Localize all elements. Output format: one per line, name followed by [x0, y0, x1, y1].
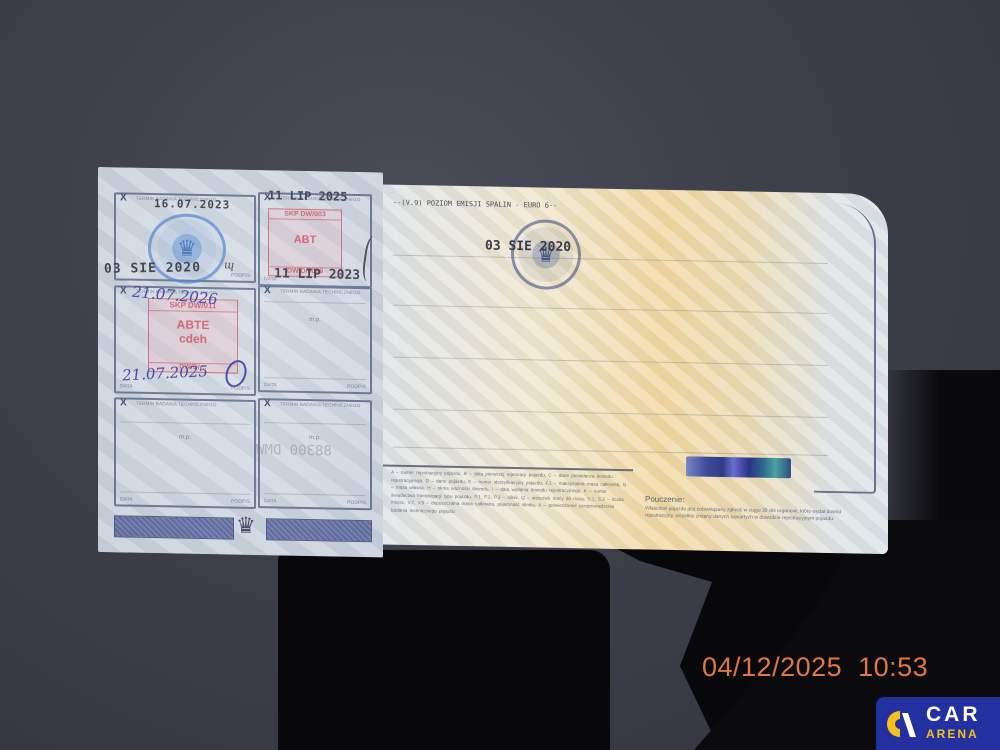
station-stamp: SKP DW/011 ABTE cdeh DW/D/… — [148, 298, 238, 374]
station-stamp: SKP DW/003 ABT DW/D/0089 — [268, 208, 342, 277]
eagle-seal-icon: ♛ — [148, 213, 226, 284]
stamp-date: 03 SIE 2020 — [485, 238, 571, 255]
podpis-label: PODPIS — [347, 384, 366, 390]
inspection-box-2: X TERMIN BADANIA TECHNICZNEGO SKP DW/003… — [258, 192, 372, 288]
divider — [264, 301, 366, 304]
mp-label: m.p. — [260, 316, 370, 324]
stamp-date-bottom: 11 LIP 2023 — [274, 266, 360, 283]
ruled-line — [393, 447, 828, 456]
photo-timestamp: 04/12/2025 10:53 — [702, 652, 928, 683]
inspection-box-1: X TERMIN BADANIA TECHNICZNEGO ♛ 16.07.20… — [114, 192, 256, 283]
polish-eagle-emblem-icon: ♛ — [236, 513, 256, 539]
data-label: DATA — [120, 383, 133, 389]
emission-level: --(V.9) POZIOM EMISJI SPALIN - EURO 6-- — [393, 199, 557, 210]
shadow — [440, 550, 610, 750]
registration-document: X TERMIN BADANIA TECHNICZNEGO ♛ 16.07.20… — [98, 167, 890, 567]
podpis-label: PODPIS — [231, 499, 250, 505]
box-header: TERMIN BADANIA TECHNICZNEGO — [136, 289, 217, 296]
box-header: TERMIN BADANIA TECHNICZNEGO — [136, 196, 217, 203]
hologram-sticker — [686, 456, 791, 478]
divider — [120, 421, 250, 424]
x-mark: X — [264, 192, 271, 203]
signature — [222, 357, 250, 390]
inspection-box-3: X TERMIN BADANIA TECHNICZNEGO SKP DW/011… — [114, 285, 256, 396]
mp-label: m.p. — [116, 433, 254, 442]
station-stamp-bottom: DW/D/0089 — [269, 266, 341, 275]
station-stamp-middle: ABT — [269, 233, 341, 246]
box-header: TERMIN BADANIA TECHNICZNEGO — [280, 401, 361, 408]
divider — [264, 377, 366, 380]
pouczenie-title: Pouczenie: — [645, 495, 685, 505]
logo-text-car: CAR — [926, 703, 981, 727]
right-page: … --(V.9) POZIOM EMISJI SPALIN - EURO 6-… — [383, 184, 888, 554]
podpis-label: PODPIS — [231, 273, 250, 279]
data-label: DATA — [264, 276, 277, 282]
data-label: DATA — [264, 382, 277, 388]
bleed-through-text: 88300 DMW — [256, 442, 332, 459]
logo-mark-icon — [886, 707, 918, 741]
ruled-line — [393, 409, 828, 418]
station-stamp-top: SKP DW/011 — [149, 299, 237, 313]
x-mark: X — [120, 285, 127, 296]
ruled-line — [393, 357, 828, 366]
x-mark: X — [264, 285, 271, 296]
logo-text-arena: ARENA — [926, 727, 979, 741]
handwritten-date-bottom: 21.07.2025 — [121, 362, 208, 384]
podpis-label: PODPIS — [347, 500, 366, 506]
car-arena-logo: CAR ARENA — [876, 697, 1000, 750]
box-header: TERMIN BADANIA TECHNICZNEGO — [280, 288, 361, 295]
field-legend: A – numer rejestracyjny pojazdu, B – dat… — [391, 469, 631, 519]
box-header: TERMIN BADANIA TECHNICZNEGO — [136, 401, 217, 408]
x-mark: X — [120, 397, 127, 408]
divider — [120, 491, 250, 494]
data-label: DATA — [120, 496, 133, 502]
inspection-box-4: X TERMIN BADANIA TECHNICZNEGO m.p. DATA … — [258, 285, 372, 394]
station-stamp-middle-2: cdeh — [149, 331, 237, 347]
divider — [264, 493, 366, 496]
printed-date: 16.07.2023 — [154, 197, 230, 211]
mp-label: m.p. — [260, 434, 370, 442]
shadow — [278, 550, 448, 750]
stamp-date: 03 SIE 2020 — [104, 260, 202, 277]
station-stamp-middle-1: ABTE — [149, 317, 237, 333]
inspection-box-6: X TERMIN BADANIA TECHNICZNEGO m.p. 88300… — [258, 398, 372, 510]
page-header-small: … — [391, 189, 396, 194]
signature — [361, 235, 383, 283]
security-band-left — [114, 515, 234, 539]
station-stamp-top: SKP DW/003 — [269, 209, 341, 220]
pouczenie-text: Właściciel pojazdu jest zobowiązany zgło… — [645, 506, 855, 524]
signature: ɰ — [224, 258, 234, 271]
x-mark: X — [264, 398, 271, 409]
x-mark: X — [120, 192, 127, 203]
ruled-line — [393, 255, 828, 264]
security-band-right — [266, 518, 372, 542]
box-header: TERMIN BADANIA TECHNICZNEGO — [280, 195, 361, 202]
page-frame — [814, 203, 876, 494]
left-page: X TERMIN BADANIA TECHNICZNEGO ♛ 16.07.20… — [98, 167, 383, 557]
inspection-box-5: X TERMIN BADANIA TECHNICZNEGO m.p. DATA … — [114, 397, 256, 509]
ruled-line — [393, 305, 828, 314]
divider — [264, 422, 366, 425]
photo-scene: X TERMIN BADANIA TECHNICZNEGO ♛ 16.07.20… — [0, 0, 1000, 750]
stamp-date-top: 11 LIP 2025 — [268, 188, 347, 204]
handwritten-date-top: 21.07.2026 — [131, 283, 218, 309]
station-stamp-bottom: DW/D/… — [149, 362, 237, 372]
data-label: DATA — [264, 498, 277, 504]
podpis-label: PODPIS — [231, 386, 250, 392]
